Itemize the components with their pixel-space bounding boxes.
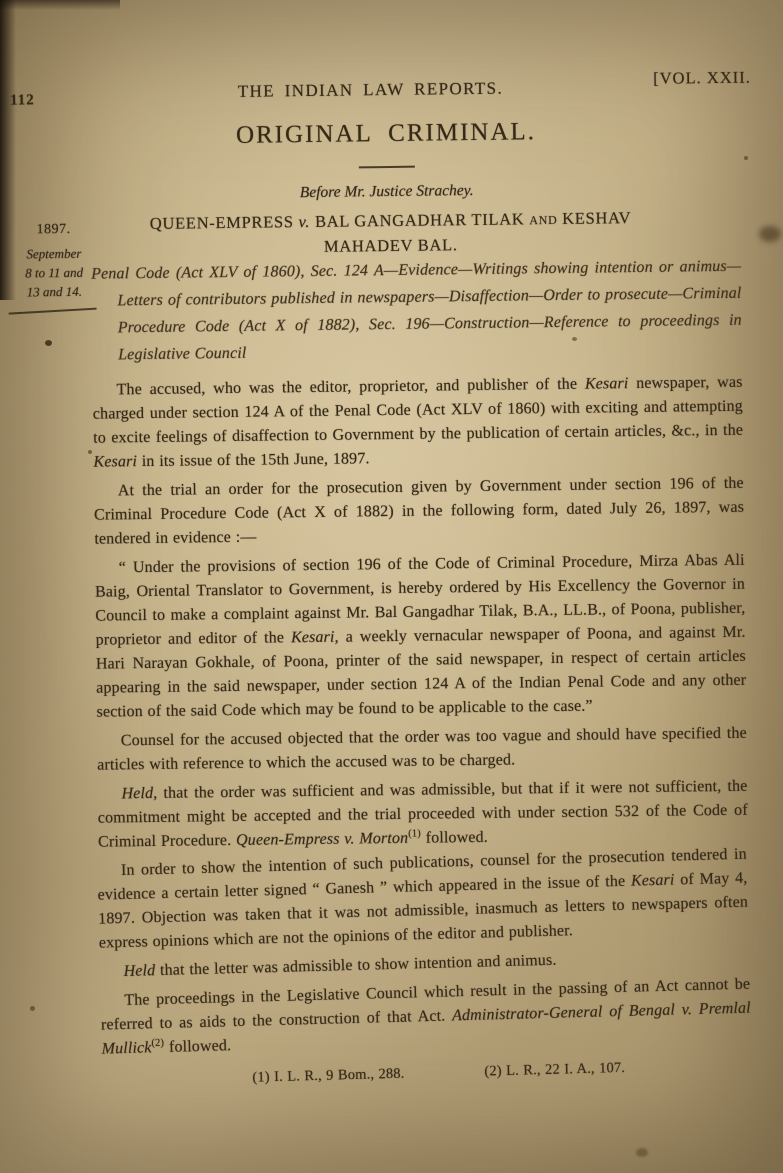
paragraph-legislative-council: The proceedings in the Legislative Counc… <box>100 973 752 1062</box>
margin-date-line: 13 and 14. <box>8 282 100 302</box>
headnote: Penal Code (Act XLV of 1860), Sec. 124 A… <box>91 253 742 369</box>
case-report-body: Penal Code (Act XLV of 1860), Sec. 124 A… <box>91 253 751 1094</box>
section-heading: ORIGINAL CRIMINAL. <box>0 115 778 153</box>
paragraph-order-quote: “ Under the provisions of section 196 of… <box>95 549 747 725</box>
volume-label: [VOL. XXII. <box>653 68 751 89</box>
margin-notes: 1897. September 8 to 11 and 13 and 14. <box>8 222 101 313</box>
case-title: QUEEN-EMPRESS v. BAL GANGADHAR TILAK and… <box>90 204 691 261</box>
rule-line <box>358 166 414 169</box>
page-bottom-block: In order to show the intention of such p… <box>97 843 753 1094</box>
footnote-1: (1) I. L. R., 9 Bom., 288. <box>252 1062 405 1090</box>
paragraph-counsel-objection: Counsel for the accused objected that th… <box>97 722 748 778</box>
footnote-2: (2) L. R., 22 I. A., 107. <box>484 1056 625 1084</box>
paragraph-ganesh-letter: In order to show the intention of such p… <box>97 843 749 956</box>
margin-rule <box>9 308 97 315</box>
paragraph-order-intro: At the trial an order for the prosecutio… <box>94 472 745 552</box>
document-page: 112 THE INDIAN LAW REPORTS. [VOL. XXII. … <box>0 0 783 1173</box>
margin-date-line: 8 to 11 and <box>8 263 100 283</box>
margin-year: 1897. <box>8 222 100 239</box>
margin-date-line: September <box>8 244 100 264</box>
running-title: THE INDIAN LAW REPORTS. <box>0 76 747 105</box>
paragraph-held-order: Held, that the order was sufficient and … <box>97 775 748 855</box>
judge-line: Before Mr. Justice Strachey. <box>0 178 778 206</box>
paragraph-facts: The accused, who was the editor, proprie… <box>92 371 743 475</box>
heading-rule <box>0 161 778 173</box>
